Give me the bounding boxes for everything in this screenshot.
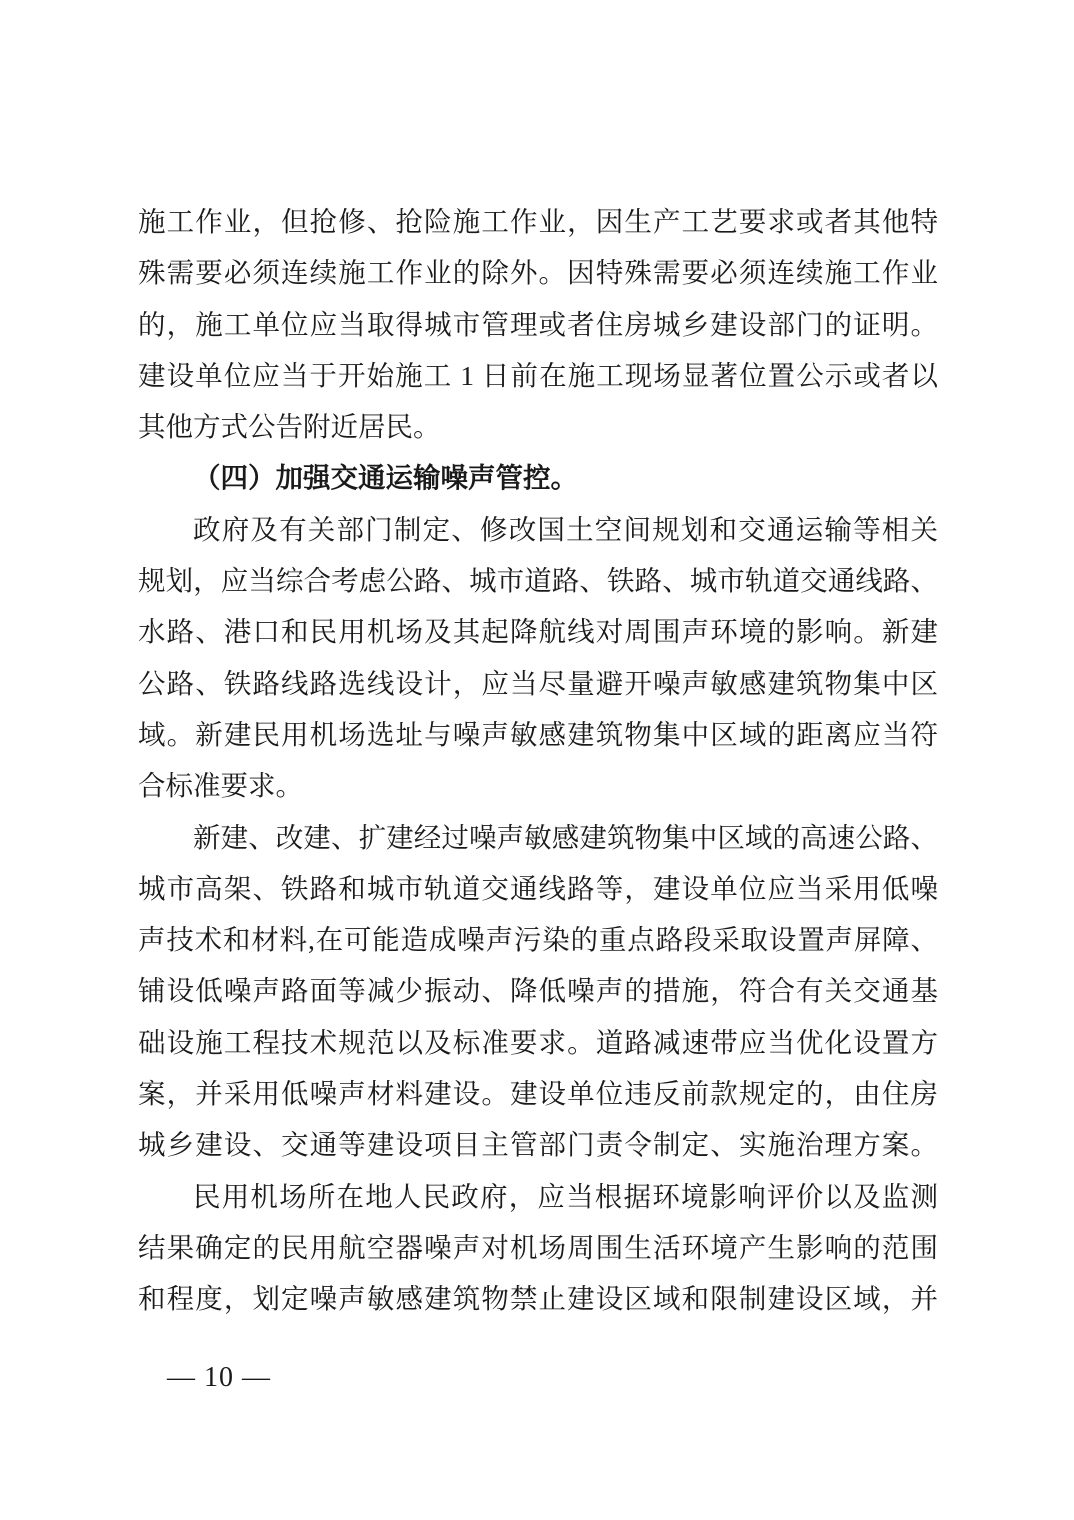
text-line: 殊需要必须连续施工作业的除外。因特殊需要必须连续施工作业 [138, 247, 938, 298]
text-line: 公路、铁路线路选线设计，应当尽量避开噪声敏感建筑物集中区 [138, 658, 938, 709]
text-line: 城乡建设、交通等建设项目主管部门责令制定、实施治理方案。 [138, 1119, 938, 1170]
text-line: 铺设低噪声路面等减少振动、降低噪声的措施，符合有关交通基 [138, 965, 938, 1016]
text-line: 和程度，划定噪声敏感建筑物禁止建设区域和限制建设区域，并 [138, 1273, 938, 1324]
text-line: 建设单位应当于开始施工 1 日前在施工现场显著位置公示或者以 [138, 350, 938, 401]
text-line: 施工作业，但抢修、抢险施工作业，因生产工艺要求或者其他特 [138, 196, 938, 247]
section-heading: （四）加强交通运输噪声管控。 [138, 452, 938, 503]
text-line: 新建、改建、扩建经过噪声敏感建筑物集中区域的高速公路、 [138, 812, 938, 863]
document-page: { "document": { "page_number": "— 10 —",… [0, 0, 1074, 1520]
text-line: 础设施工程技术规范以及标准要求。道路减速带应当优化设置方 [138, 1017, 938, 1068]
text-line: 域。新建民用机场选址与噪声敏感建筑物集中区域的距离应当符 [138, 709, 938, 760]
page-body: 施工作业，但抢修、抢险施工作业，因生产工艺要求或者其他特 殊需要必须连续施工作业… [138, 196, 938, 1325]
text-line: 政府及有关部门制定、修改国土空间规划和交通运输等相关 [138, 504, 938, 555]
text-line: 水路、港口和民用机场及其起降航线对周围声环境的影响。新建 [138, 606, 938, 657]
text-line: 城市高架、铁路和城市轨道交通线路等，建设单位应当采用低噪 [138, 863, 938, 914]
text-line: 规划，应当综合考虑公路、城市道路、铁路、城市轨道交通线路、 [138, 555, 938, 606]
paragraph: 民用机场所在地人民政府，应当根据环境影响评价以及监测 结果确定的民用航空器噪声对… [138, 1171, 938, 1325]
paragraph: 政府及有关部门制定、修改国土空间规划和交通运输等相关 规划，应当综合考虑公路、城… [138, 504, 938, 812]
text-line: 民用机场所在地人民政府，应当根据环境影响评价以及监测 [138, 1171, 938, 1222]
paragraph: 新建、改建、扩建经过噪声敏感建筑物集中区域的高速公路、 城市高架、铁路和城市轨道… [138, 812, 938, 1171]
text-line: 合标准要求。 [138, 760, 938, 811]
paragraph: 施工作业，但抢修、抢险施工作业，因生产工艺要求或者其他特 殊需要必须连续施工作业… [138, 196, 938, 452]
paragraph: （四）加强交通运输噪声管控。 [138, 452, 938, 503]
page-number: — 10 — [167, 1361, 271, 1395]
text-line: 的，施工单位应当取得城市管理或者住房城乡建设部门的证明。 [138, 299, 938, 350]
text-line: 结果确定的民用航空器噪声对机场周围生活环境产生影响的范围 [138, 1222, 938, 1273]
text-line: 案，并采用低噪声材料建设。建设单位违反前款规定的，由住房 [138, 1068, 938, 1119]
text-line: 声技术和材料,在可能造成噪声污染的重点路段采取设置声屏障、 [138, 914, 938, 965]
text-line: 其他方式公告附近居民。 [138, 401, 938, 452]
